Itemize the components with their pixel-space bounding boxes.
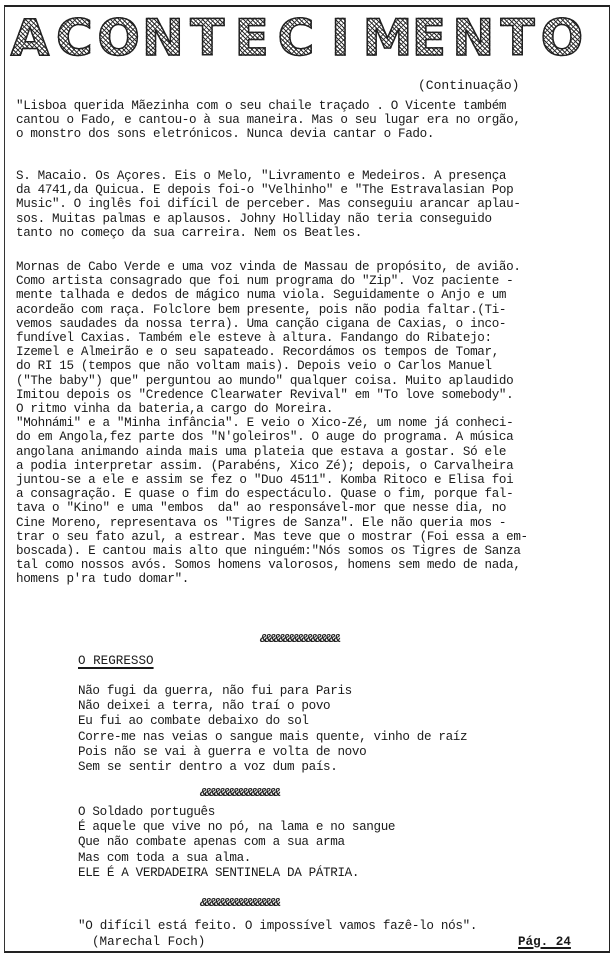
text-line: Izemel e Almeirão e o seu sapateado. Rec… xyxy=(16,345,528,359)
poem-soldado: O Soldado portuguêsÉ aquele que vive no … xyxy=(78,805,395,881)
closing-quote: "O difícil está feito. O impossível vamo… xyxy=(78,919,477,933)
paragraph-acores: S. Macaio. Os Açores. Eis o Melo, "Livra… xyxy=(16,169,521,240)
text-line: fundível Caxias. Também ele esteve à alt… xyxy=(16,331,528,345)
text-line: tal como nossos avós. Somos homens valor… xyxy=(16,558,528,572)
text-line: Music". O inglês foi difícil de perceber… xyxy=(16,197,521,211)
text-line: O ritmo vinha da bateria,a cargo do More… xyxy=(16,402,528,416)
paragraph-fado: "Lisboa querida Mãezinha com o seu chail… xyxy=(16,99,521,142)
text-line: trar o seu fato azul, a estrear. Mas tev… xyxy=(16,530,528,544)
paragraph-mornas: Mornas de Cabo Verde e uma voz vinda de … xyxy=(16,260,528,587)
masthead-letter: O xyxy=(97,14,141,62)
poem-line: Não fugi da guerra, não fui para Paris xyxy=(78,684,467,699)
masthead-letter: N xyxy=(451,14,495,62)
masthead-letter: O xyxy=(540,14,584,62)
poem-line: Mas com toda a sua alma. xyxy=(78,851,395,866)
text-line: Cine Moreno, representava os "Tigres de … xyxy=(16,516,528,530)
masthead-letter: I xyxy=(318,14,362,62)
text-line: Como artista consagrado que foi num prog… xyxy=(16,274,528,288)
text-line: tanto no começo da sua carreira. Nem os … xyxy=(16,226,521,240)
poem-line: Que não combate apenas com a sua arma xyxy=(78,835,395,850)
text-line: o monstro dos sons eletrónicos. Nunca de… xyxy=(16,127,521,141)
text-line: boscada). E cantou mais alto que ninguém… xyxy=(16,544,528,558)
text-line: ("The baby") que" perguntou ao mundo" qu… xyxy=(16,374,528,388)
masthead-letter: E xyxy=(407,14,451,62)
separator-ornament: &&&&&&&&&&&&&&&&& xyxy=(260,632,338,646)
poem-line: Pois não se vai à guerra e volta de novo xyxy=(78,745,467,760)
section-title-regresso: O REGRESSO xyxy=(78,654,154,668)
masthead-letter: T xyxy=(185,14,229,62)
masthead-letter: A xyxy=(8,14,52,62)
masthead-letter: E xyxy=(230,14,274,62)
text-line: mente talhada e dedos de mágico numa vio… xyxy=(16,288,528,302)
masthead-letter: C xyxy=(52,14,96,62)
separator-ornament: &&&&&&&&&&&&&&&&& xyxy=(200,896,278,910)
text-line: a consagração. E quase o fim do espectác… xyxy=(16,487,528,501)
text-line: tava o "Kino" e uma "embos da" ao respon… xyxy=(16,501,528,515)
poem-line: Não deixei a terra, não traí o povo xyxy=(78,699,467,714)
masthead-letter: T xyxy=(496,14,540,62)
text-line: angolana animando ainda mais uma plateia… xyxy=(16,445,528,459)
poem-regresso: Não fugi da guerra, não fui para ParisNã… xyxy=(78,684,467,775)
separator-ornament: &&&&&&&&&&&&&&&&& xyxy=(200,786,278,800)
text-line: do RI 15 (tempos que não voltam mais). D… xyxy=(16,359,528,373)
text-line: acordeão com raça. Folclore bem presente… xyxy=(16,303,528,317)
poem-line: É aquele que vive no pó, na lama e no sa… xyxy=(78,820,395,835)
page-number: Pág. 24 xyxy=(518,935,571,949)
text-line: juntou-se a ele e assim se fez o "Duo 45… xyxy=(16,473,528,487)
text-line: sos. Muitas palmas e aplausos. Johny Hol… xyxy=(16,212,521,226)
poem-line: Sem se sentir dentro a voz dum país. xyxy=(78,760,467,775)
text-line: vemos saudades da nossa terra). Uma canç… xyxy=(16,317,528,331)
text-line: do em Angola,fez parte dos "N'goleiros".… xyxy=(16,430,528,444)
continuation-label: (Continuação) xyxy=(418,78,519,93)
poem-line: Eu fui ao combate debaixo do sol xyxy=(78,714,467,729)
masthead-title: ACONTECIMENTO xyxy=(8,14,584,62)
poem-line: O Soldado português xyxy=(78,805,395,820)
masthead-letter: C xyxy=(274,14,318,62)
text-line: da 4741,da Quicua. E depois foi-o "Velhi… xyxy=(16,183,521,197)
text-line: cantou o Fado, e cantou-o à sua maneira.… xyxy=(16,113,521,127)
text-line: Imitou depois os "Credence Clearwater Re… xyxy=(16,388,528,402)
masthead-letter: M xyxy=(363,14,407,62)
text-line: "Lisboa querida Mãezinha com o seu chail… xyxy=(16,99,521,113)
text-line: "Mohnámi" e a "Minha infância". E veio o… xyxy=(16,416,528,430)
text-line: homens p'ra tudo domar". xyxy=(16,572,528,586)
text-line: a podia interpretar assim. (Parabéns, Xi… xyxy=(16,459,528,473)
poem-line: Corre-me nas veias o sangue mais quente,… xyxy=(78,730,467,745)
text-line: S. Macaio. Os Açores. Eis o Melo, "Livra… xyxy=(16,169,521,183)
text-line: Mornas de Cabo Verde e uma voz vinda de … xyxy=(16,260,528,274)
poem-line: ELE É A VERDADEIRA SENTINELA DA PÁTRIA. xyxy=(78,866,395,881)
quote-author: (Marechal Foch) xyxy=(92,935,205,949)
masthead-letter: N xyxy=(141,14,185,62)
